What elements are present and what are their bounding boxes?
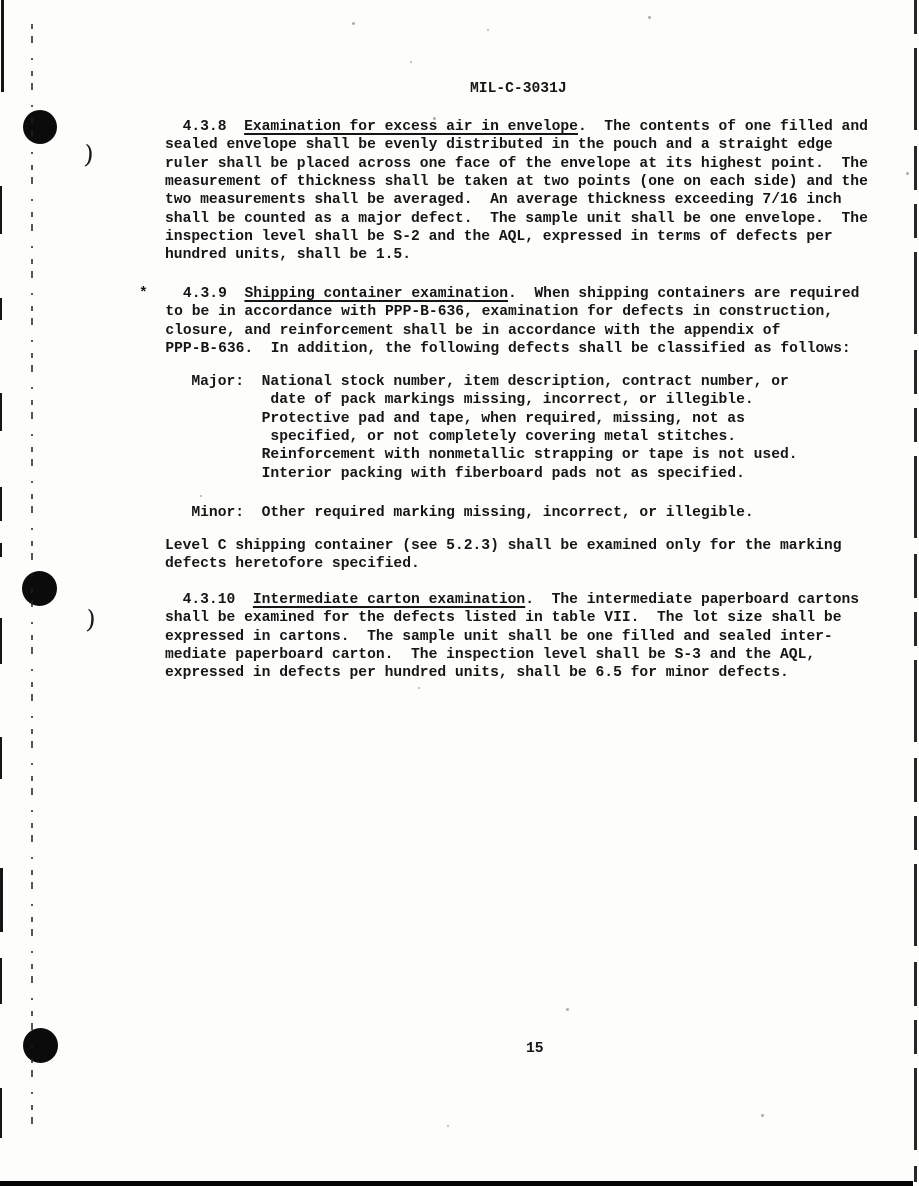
scan-edge-mark: [1, 0, 4, 92]
scan-edge-mark: [0, 1088, 2, 1138]
scan-speck: [410, 61, 412, 63]
section-4-3-10-number: 4.3.10: [165, 592, 253, 608]
scan-edge-mark: [0, 393, 2, 431]
scan-speck: [761, 1114, 764, 1117]
pen-check-mark: ): [83, 140, 95, 170]
section-4-3-10-paragraph: 4.3.10 Intermediate carton examination. …: [165, 591, 859, 683]
scan-edge-mark: [0, 737, 2, 779]
bottom-scan-bar: [0, 1181, 913, 1186]
major-defects-list: Major: National stock number, item descr…: [165, 373, 798, 483]
section-4-3-10-title: Intermediate carton examination: [253, 592, 525, 608]
section-4-3-9-title: Shipping container examination: [244, 286, 508, 302]
scan-edge-mark: [0, 186, 2, 234]
scan-edge-mark: [0, 298, 2, 320]
pen-check-mark: ): [85, 605, 97, 635]
level-c-paragraph: Level C shipping container (see 5.2.3) s…: [165, 537, 842, 574]
scan-edge-mark: [0, 958, 2, 1004]
right-margin-line: [914, 0, 917, 1182]
scan-edge-mark: [0, 618, 2, 664]
scan-speck: [352, 22, 355, 25]
section-4-3-9-paragraph: * 4.3.9 Shipping container examination. …: [139, 285, 859, 358]
section-4-3-8-title: Examination for excess air in envelope: [244, 119, 578, 135]
scan-speck: [418, 687, 420, 689]
hole-punch-mark-bottom: [23, 1028, 58, 1063]
scan-speck: [200, 495, 202, 497]
document-number-header: MIL-C-3031J: [470, 80, 567, 98]
hole-punch-mark-middle: [22, 571, 57, 606]
section-4-3-8-number: 4.3.8: [165, 119, 244, 135]
scan-speck: [487, 29, 489, 31]
left-margin-dashed-line: [31, 24, 33, 1136]
page-number: 15: [526, 1040, 544, 1058]
section-4-3-8-body: . The contents of one filled and sealed …: [165, 119, 868, 263]
scan-speck: [906, 172, 909, 175]
section-4-3-9-number: * 4.3.9: [139, 286, 244, 302]
scan-edge-mark: [0, 487, 2, 521]
scan-speck: [648, 16, 651, 19]
hole-punch-mark-top: [23, 110, 57, 144]
section-4-3-8-paragraph: 4.3.8 Examination for excess air in enve…: [165, 118, 868, 265]
minor-defects-list: Minor: Other required marking missing, i…: [165, 504, 754, 522]
scan-edge-mark: [0, 543, 2, 557]
scanned-document-page: ) ) MIL-C-3031J 4.3.8 Examination for ex…: [0, 0, 919, 1186]
scan-edge-mark: [0, 868, 3, 932]
scan-speck: [566, 1008, 569, 1011]
scan-speck: [447, 1125, 449, 1127]
